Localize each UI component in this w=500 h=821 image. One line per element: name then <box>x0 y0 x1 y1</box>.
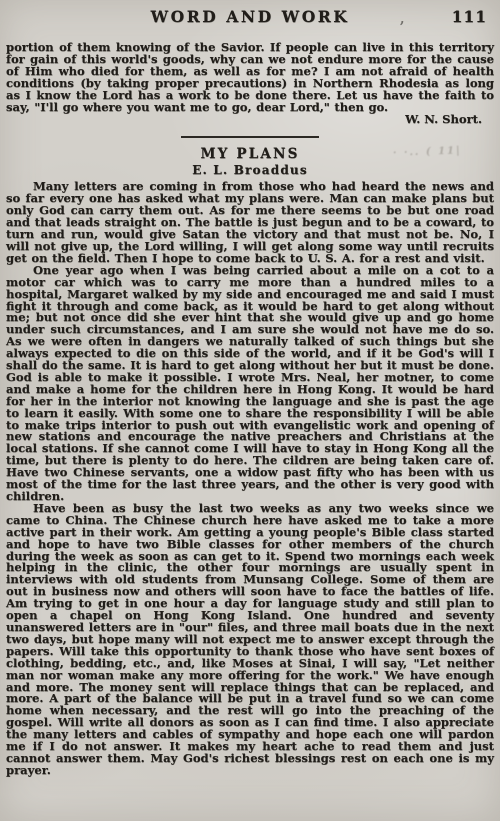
article-paragraph: Many letters are coming in from those wh… <box>6 181 494 264</box>
article-paragraph: Have been as busy the last two weeks as … <box>6 503 494 777</box>
article-my-plans: MY PLANS E. L. Broaddus Many letters are… <box>6 146 494 776</box>
section-divider-rule <box>181 136 319 138</box>
continuation-paragraph: portion of them knowing of the Savior. I… <box>6 42 494 113</box>
author-signature: W. N. Short. <box>6 113 494 126</box>
article-continuation: portion of them knowing of the Savior. I… <box>6 42 494 126</box>
magazine-page: WORD AND WORK , 111 · ·.. ( 11| portion … <box>0 0 500 821</box>
page-number: 111 <box>452 7 487 26</box>
article-byline: E. L. Broaddus <box>6 163 494 177</box>
journal-title: WORD AND WORK <box>151 7 350 26</box>
article-paragraph: One year ago when I was being carried ab… <box>6 265 494 503</box>
page-header: WORD AND WORK , 111 <box>0 0 500 26</box>
ink-speck: , <box>400 12 405 27</box>
